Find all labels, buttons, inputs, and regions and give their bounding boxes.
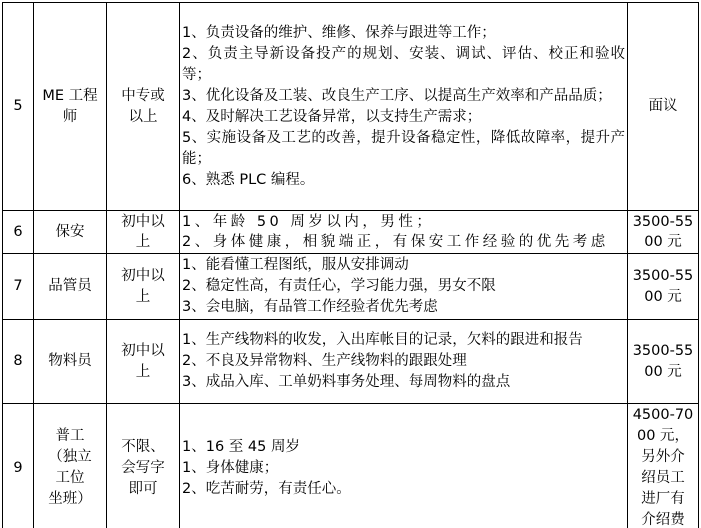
duty-item: 1、身体健康； <box>182 458 625 479</box>
cell-duties: 1、能看懂工程图纸，服从安排调动2、稳定性高，有责任心，学习能力强，男女不限3、… <box>180 254 628 320</box>
cell-salary: 4500-70 00 元， 另外介 绍员工 进厂有 介绍费 <box>628 404 699 528</box>
cell-duties: 1、年龄 50 周岁以内，男性；2、身体健康，相貌端正，有保安工作经验的优先考虑 <box>180 211 628 254</box>
cell-duties: 1、生产线物料的收发，入出库帐目的记录，欠料的跟进和报告2、不良及异常物料、生产… <box>180 320 628 404</box>
duty-item: 3、会电脑，有品管工作经验者优先考虑 <box>182 297 625 318</box>
table-row: 7 品管员 初中以 上 1、能看懂工程图纸，服从安排调动2、稳定性高，有责任心，… <box>3 254 699 320</box>
cell-row-number: 6 <box>3 211 34 254</box>
table-row: 6 保安 初中以 上 1、年龄 50 周岁以内，男性；2、身体健康，相貌端正，有… <box>3 211 699 254</box>
duty-item: 2、稳定性高，有责任心，学习能力强，男女不限 <box>182 276 625 297</box>
duty-item: 1、能看懂工程图纸，服从安排调动 <box>182 255 625 276</box>
duty-item: 6、熟悉 PLC 编程。 <box>182 170 625 191</box>
cell-row-number: 5 <box>3 3 34 211</box>
cell-salary: 3500-55 00 元 <box>628 211 699 254</box>
cell-salary: 3500-55 00 元 <box>628 320 699 404</box>
cell-education: 中专或 以上 <box>107 3 180 211</box>
duty-item: 2、负责主导新设备投产的规划、安装、调试、评估、校正和验收等； <box>182 44 625 86</box>
duty-item: 2、吃苦耐劳，有责任心。 <box>182 479 625 500</box>
duty-item: 1、生产线物料的收发，入出库帐目的记录，欠料的跟进和报告 <box>182 330 625 351</box>
cell-education: 初中以 上 <box>107 320 180 404</box>
table-row: 5 ME 工程 师 中专或 以上 1、负责设备的维护、维修、保养与跟进等工作；2… <box>3 3 699 211</box>
cell-position: 普工 （独立 工位 坐班） <box>34 404 107 528</box>
duty-item: 3、优化设备及工装、改良生产工序、以提高生产效率和产品品质； <box>182 86 625 107</box>
cell-education: 初中以 上 <box>107 254 180 320</box>
cell-row-number: 7 <box>3 254 34 320</box>
duty-item: 1、16 至 45 周岁 <box>182 437 625 458</box>
cell-row-number: 9 <box>3 404 34 528</box>
duty-item: 2、身体健康，相貌端正，有保安工作经验的优先考虑 <box>182 232 625 252</box>
cell-education: 初中以 上 <box>107 211 180 254</box>
duty-item: 3、成品入库、工单奶料事务处理、每周物料的盘点 <box>182 372 625 393</box>
cell-position: 品管员 <box>34 254 107 320</box>
table-row: 9 普工 （独立 工位 坐班） 不限、 会写字 即可 1、16 至 45 周岁1… <box>3 404 699 528</box>
cell-position: 物料员 <box>34 320 107 404</box>
cell-row-number: 8 <box>3 320 34 404</box>
cell-salary: 面议 <box>628 3 699 211</box>
cell-duties: 1、负责设备的维护、维修、保养与跟进等工作；2、负责主导新设备投产的规划、安装、… <box>180 3 628 211</box>
job-listing-page: 5 ME 工程 师 中专或 以上 1、负责设备的维护、维修、保养与跟进等工作；2… <box>0 0 701 528</box>
cell-position: 保安 <box>34 211 107 254</box>
cell-position: ME 工程 师 <box>34 3 107 211</box>
cell-education: 不限、 会写字 即可 <box>107 404 180 528</box>
duty-item: 1、年龄 50 周岁以内，男性； <box>182 212 625 232</box>
table-row: 8 物料员 初中以 上 1、生产线物料的收发，入出库帐目的记录，欠料的跟进和报告… <box>3 320 699 404</box>
duty-item: 1、负责设备的维护、维修、保养与跟进等工作； <box>182 23 625 44</box>
cell-salary: 3500-55 00 元 <box>628 254 699 320</box>
duty-item: 4、及时解决工艺设备异常，以支持生产需求； <box>182 107 625 128</box>
duty-item: 2、不良及异常物料、生产线物料的跟跟处理 <box>182 351 625 372</box>
duty-item: 5、实施设备及工艺的改善，提升设备稳定性，降低故障率，提升产能； <box>182 128 625 170</box>
job-table: 5 ME 工程 师 中专或 以上 1、负责设备的维护、维修、保养与跟进等工作；2… <box>2 2 699 528</box>
cell-duties: 1、16 至 45 周岁1、身体健康；2、吃苦耐劳，有责任心。 <box>180 404 628 528</box>
